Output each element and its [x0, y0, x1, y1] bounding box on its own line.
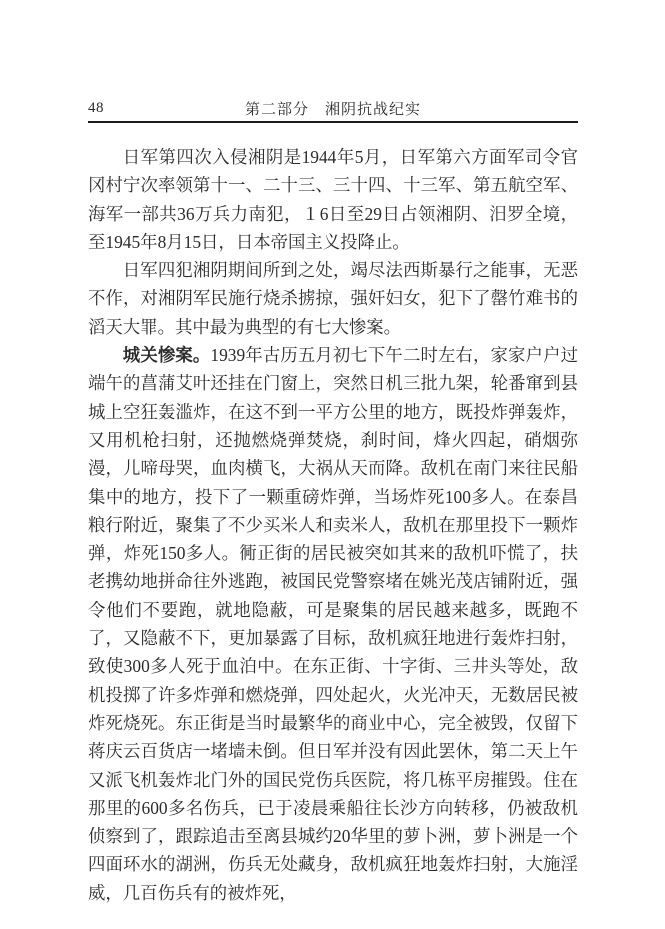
paragraph-text: 日军第四次入侵湘阴是1944年5月，日军第六方面军司令官冈村宁次率领第十一、二十… [88, 147, 578, 252]
book-page: 48 第二部分 湘阴抗战纪实 日军第四次入侵湘阴是1944年5月，日军第六方面军… [0, 0, 665, 929]
body-paragraph: 日军第四次入侵湘阴是1944年5月，日军第六方面军司令官冈村宁次率领第十一、二十… [88, 143, 578, 256]
paragraph-text: 日军四犯湘阴期间所到之处，竭尽法西斯暴行之能事，无恶不作，对湘阴军民施行烧杀掳掠… [88, 260, 578, 337]
paragraph-text: 1939年古历五月初七下午二时左右，家家户户过端午的菖蒲艾叶还挂在门窗上，突然日… [88, 345, 578, 903]
running-head-title: 第二部分 湘阴抗战纪实 [88, 98, 578, 119]
body-paragraph: 日军四犯湘阴期间所到之处，竭尽法西斯暴行之能事，无恶不作，对湘阴军民施行烧杀掳掠… [88, 256, 578, 341]
paragraph-lead-heading: 城关惨案。 [123, 345, 211, 365]
header-rule [88, 121, 578, 123]
body-text: 日军第四次入侵湘阴是1944年5月，日军第六方面军司令官冈村宁次率领第十一、二十… [88, 143, 578, 907]
page-number: 48 [88, 100, 104, 117]
running-head: 48 第二部分 湘阴抗战纪实 [88, 98, 578, 120]
body-paragraph: 城关惨案。1939年古历五月初七下午二时左右，家家户户过端午的菖蒲艾叶还挂在门窗… [88, 341, 578, 907]
